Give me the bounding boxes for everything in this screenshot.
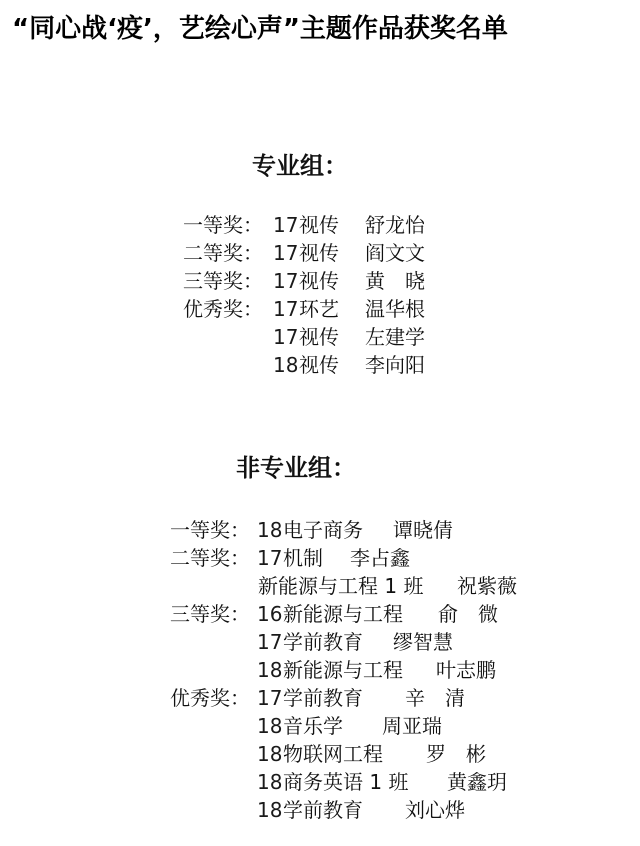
award-label: 三等奖： bbox=[183, 267, 263, 295]
class-name: 物联网工程 bbox=[283, 740, 383, 768]
winner-name: 阎文文 bbox=[365, 239, 425, 267]
class-year: 17 bbox=[273, 323, 298, 351]
professional-group-heading: 专业组： bbox=[252, 146, 348, 181]
class-name: 环艺 bbox=[299, 295, 339, 323]
winner-name: 舒龙怡 bbox=[365, 211, 425, 239]
non-professional-group-heading: 非专业组： bbox=[236, 448, 356, 483]
page-title: “同心战‘疫’，艺绘心声”主题作品获奖名单 bbox=[12, 8, 632, 45]
winner-name: 温华根 bbox=[365, 295, 425, 323]
class-year: 17 bbox=[273, 239, 298, 267]
winner-name: 左建学 bbox=[365, 323, 425, 351]
class-name: 视传 bbox=[299, 267, 339, 295]
award-label: 优秀奖： bbox=[170, 684, 250, 712]
winner-name: 祝紫薇 bbox=[457, 572, 517, 600]
award-label: 优秀奖： bbox=[183, 295, 263, 323]
award-label: 一等奖： bbox=[183, 211, 263, 239]
class-name: 视传 bbox=[299, 239, 339, 267]
award-row: 18 商务英语 1 班 黄鑫玥 bbox=[0, 768, 640, 796]
class-year: 17 bbox=[257, 544, 282, 572]
class-year: 18 bbox=[257, 516, 282, 544]
class-year: 17 bbox=[273, 267, 298, 295]
winner-name: 李向阳 bbox=[365, 351, 425, 379]
class-year: 18 bbox=[257, 768, 282, 796]
award-label: 一等奖： bbox=[170, 516, 250, 544]
award-row: 18 新能源与工程 叶志鹏 bbox=[0, 656, 640, 684]
winner-name: 黄鑫玥 bbox=[447, 768, 507, 796]
award-label: 二等奖： bbox=[170, 544, 250, 572]
award-row: 18 音乐学 周亚瑞 bbox=[0, 712, 640, 740]
class-name: 新能源与工程 1 班 bbox=[258, 572, 423, 600]
class-year: 18 bbox=[257, 740, 282, 768]
class-name: 学前教育 bbox=[283, 628, 363, 656]
class-name: 学前教育 bbox=[283, 684, 363, 712]
class-name: 机制 bbox=[283, 544, 323, 572]
class-name: 新能源与工程 bbox=[283, 656, 403, 684]
award-row: 18 学前教育 刘心烨 bbox=[0, 796, 640, 824]
class-name: 电子商务 bbox=[283, 516, 363, 544]
class-name: 视传 bbox=[299, 323, 339, 351]
class-year: 18 bbox=[257, 796, 282, 824]
award-row: 一等奖： 17 视传 舒龙怡 bbox=[0, 211, 640, 239]
winner-name: 谭晓倩 bbox=[393, 516, 453, 544]
class-name: 学前教育 bbox=[283, 796, 363, 824]
winner-name: 俞 微 bbox=[438, 600, 498, 628]
class-year: 17 bbox=[273, 295, 298, 323]
class-year: 17 bbox=[257, 628, 282, 656]
class-name: 音乐学 bbox=[283, 712, 343, 740]
award-row: 优秀奖： 17 学前教育 辛 清 bbox=[0, 684, 640, 712]
award-label: 二等奖： bbox=[183, 239, 263, 267]
award-row: 三等奖： 16 新能源与工程 俞 微 bbox=[0, 600, 640, 628]
winner-name: 罗 彬 bbox=[426, 740, 486, 768]
award-row: 二等奖： 17 视传 阎文文 bbox=[0, 239, 640, 267]
class-year: 18 bbox=[273, 351, 298, 379]
winner-name: 缪智慧 bbox=[393, 628, 453, 656]
class-year: 18 bbox=[257, 656, 282, 684]
award-row: 三等奖： 17 视传 黄 晓 bbox=[0, 267, 640, 295]
award-row: 18 物联网工程 罗 彬 bbox=[0, 740, 640, 768]
winner-name: 辛 清 bbox=[405, 684, 465, 712]
award-row: 优秀奖： 17 环艺 温华根 bbox=[0, 295, 640, 323]
award-row: 18 视传 李向阳 bbox=[0, 351, 640, 379]
class-year: 17 bbox=[257, 684, 282, 712]
class-year: 18 bbox=[257, 712, 282, 740]
class-name: 新能源与工程 bbox=[283, 600, 403, 628]
winner-name: 叶志鹏 bbox=[436, 656, 496, 684]
award-label: 三等奖： bbox=[170, 600, 250, 628]
winner-name: 李占鑫 bbox=[350, 544, 410, 572]
award-row: 一等奖： 18 电子商务 谭晓倩 bbox=[0, 516, 640, 544]
winner-name: 刘心烨 bbox=[405, 796, 465, 824]
award-row: 17 视传 左建学 bbox=[0, 323, 640, 351]
class-name: 视传 bbox=[299, 351, 339, 379]
award-row: 17 学前教育 缪智慧 bbox=[0, 628, 640, 656]
award-row: 新能源与工程 1 班 祝紫薇 bbox=[0, 572, 640, 600]
class-name: 商务英语 1 班 bbox=[283, 768, 408, 796]
award-row: 二等奖： 17 机制 李占鑫 bbox=[0, 544, 640, 572]
winner-name: 黄 晓 bbox=[365, 267, 425, 295]
winner-name: 周亚瑞 bbox=[382, 712, 442, 740]
class-year: 16 bbox=[257, 600, 282, 628]
class-year: 17 bbox=[273, 211, 298, 239]
class-name: 视传 bbox=[299, 211, 339, 239]
